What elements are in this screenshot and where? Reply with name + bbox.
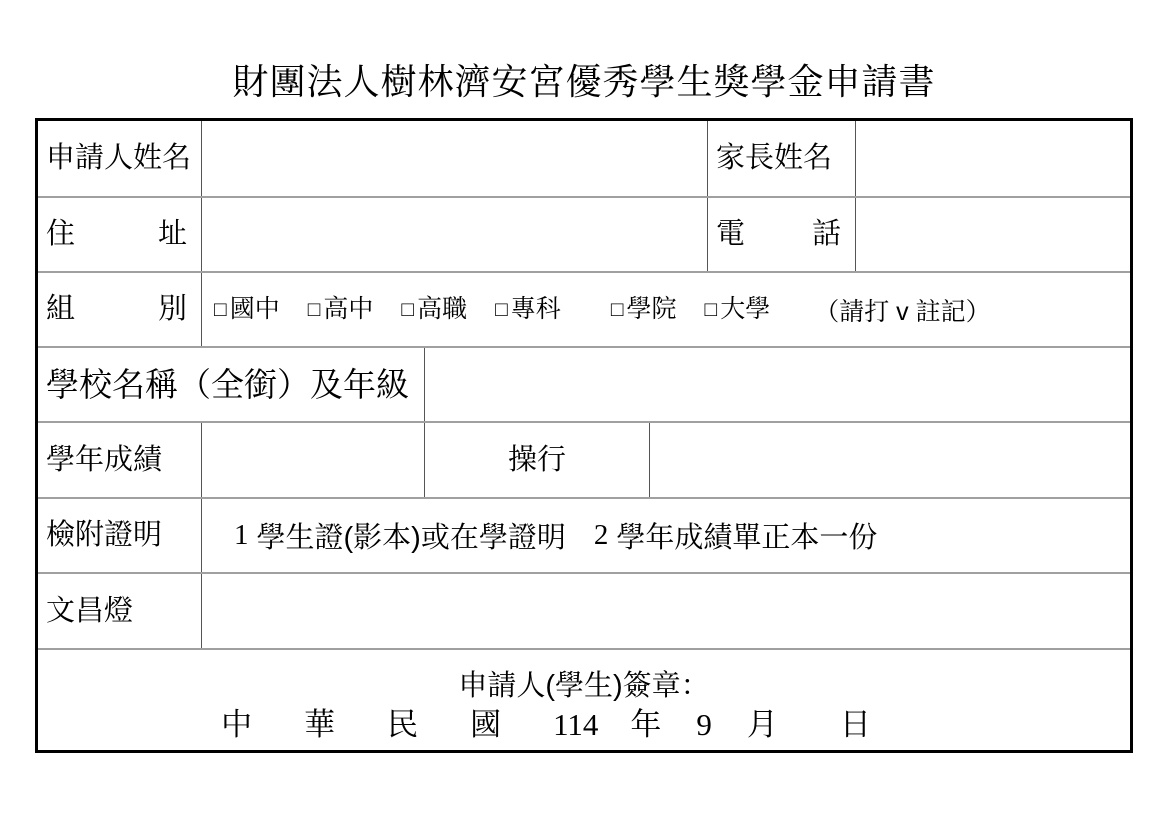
phone-label: 電話 [716, 220, 847, 249]
row-signature-date: 申請人(學生)簽章： 中 華 民 國 114 年 9 月 日 [38, 650, 1130, 750]
attachments-label-cell: 檢附證明 [38, 499, 202, 572]
date-month-value: 9 [696, 709, 712, 740]
group-option-label: 高中 [323, 297, 373, 322]
attachments-content: 1 學生證(影本)或在學證明 2 學年成績單正本一份 [202, 499, 1130, 572]
address-field[interactable] [202, 198, 708, 271]
group-option-university[interactable]: □ 大學 [705, 297, 771, 322]
conduct-label-cell: 操行 [425, 423, 650, 497]
checkbox-icon: □ [308, 299, 321, 320]
conduct-label: 操行 [508, 446, 566, 475]
group-label: 組別 [46, 295, 193, 324]
applicant-name-label-cell: 申請人姓名 [38, 121, 202, 196]
applicant-name-field[interactable] [202, 121, 708, 196]
wenchang-field[interactable] [202, 574, 1130, 648]
school-field[interactable] [425, 348, 1130, 421]
row-address: 住址 電話 [38, 198, 1130, 273]
group-option-label: 國中 [230, 297, 280, 322]
group-option-college[interactable]: □ 學院 [611, 297, 677, 322]
conduct-field[interactable] [650, 423, 1130, 497]
checkbox-icon: □ [214, 299, 227, 320]
group-option-label: 高職 [417, 297, 467, 322]
page-title: 財團法人樹林濟安宮優秀學生獎學金申請書 [35, 54, 1133, 105]
attachment-text: 學年成績單正本一份 [616, 515, 877, 556]
wenchang-label: 文昌燈 [46, 597, 133, 626]
parent-name-label-cell: 家長姓名 [708, 121, 856, 196]
attachment-number: 1 [234, 519, 249, 552]
date-char: 中 [221, 709, 252, 740]
checkbox-icon: □ [611, 299, 624, 320]
row-wenchang: 文昌燈 [38, 574, 1130, 650]
grades-label: 學年成績 [46, 446, 162, 475]
row-grades: 學年成績 操行 [38, 423, 1130, 499]
date-day-unit: 日 [840, 709, 871, 740]
group-option-junior-high[interactable]: □ 國中 [214, 297, 280, 322]
row-group: 組別 □ 國中 □ 高中 □ 高職 □ 專科 □ 學院 [38, 273, 1130, 348]
attachments-label: 檢附證明 [46, 521, 162, 550]
checkbox-icon: □ [401, 299, 414, 320]
grades-field[interactable] [202, 423, 425, 497]
checkbox-icon: □ [705, 299, 718, 320]
group-note: （請打 v 註記） [814, 292, 990, 328]
date-year-value: 114 [553, 709, 598, 740]
date-char: 民 [387, 709, 418, 740]
group-option-junior-college[interactable]: □ 專科 [495, 297, 561, 322]
attachment-number: 2 [594, 519, 609, 552]
signature-line: 申請人(學生)簽章： [38, 663, 1130, 704]
group-label-cell: 組別 [38, 273, 202, 346]
parent-name-field[interactable] [856, 121, 1130, 196]
school-label-cell: 學校名稱（全銜）及年級 [38, 348, 425, 421]
date-month-unit: 月 [747, 709, 778, 740]
parent-name-label: 家長姓名 [716, 144, 832, 173]
date-year-unit: 年 [630, 709, 661, 740]
group-option-label: 大學 [720, 297, 770, 322]
group-option-label: 專科 [511, 297, 561, 322]
wenchang-label-cell: 文昌燈 [38, 574, 202, 648]
phone-field[interactable] [856, 198, 1130, 271]
group-option-label: 學院 [627, 297, 677, 322]
phone-label-cell: 電話 [708, 198, 856, 271]
row-applicant: 申請人姓名 家長姓名 [38, 121, 1130, 198]
group-option-vocational[interactable]: □ 高職 [401, 297, 467, 322]
address-label-cell: 住址 [38, 198, 202, 271]
date-char: 國 [470, 709, 501, 740]
application-form-table: 申請人姓名 家長姓名 住址 電話 組別 □ 國中 □ 高中 [35, 118, 1133, 753]
date-char: 華 [304, 709, 335, 740]
roc-date-line: 中 華 民 國 114 年 9 月 日 [0, 709, 1092, 740]
row-attachments: 檢附證明 1 學生證(影本)或在學證明 2 學年成績單正本一份 [38, 499, 1130, 574]
group-options: □ 國中 □ 高中 □ 高職 □ 專科 □ 學院 □ 大學 [202, 273, 1130, 346]
grades-label-cell: 學年成績 [38, 423, 202, 497]
school-label: 學校名稱（全銜）及年級 [46, 368, 409, 401]
address-label: 住址 [46, 220, 193, 249]
group-option-senior-high[interactable]: □ 高中 [308, 297, 374, 322]
checkbox-icon: □ [495, 299, 508, 320]
attachment-text: 學生證(影本)或在學證明 [257, 515, 566, 556]
row-school: 學校名稱（全銜）及年級 [38, 348, 1130, 423]
signature-date-section: 申請人(學生)簽章： 中 華 民 國 114 年 9 月 日 [38, 650, 1130, 750]
applicant-name-label: 申請人姓名 [46, 144, 191, 173]
